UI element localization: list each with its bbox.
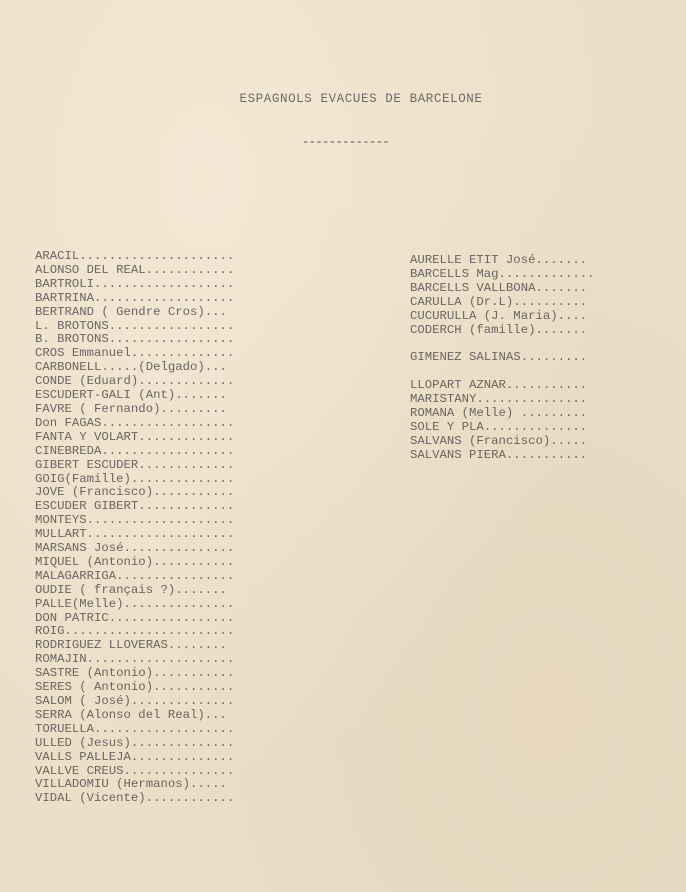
name-entry: ESCUDERT-GALI (Ant)....... xyxy=(35,389,275,403)
name-entry: B. BROTONS................. xyxy=(35,333,275,347)
name-entry: DON PATRIC................. xyxy=(35,612,275,626)
name-entry: BARCELLS Mag............. xyxy=(410,268,625,282)
name-entry: MARSANS José............... xyxy=(35,542,275,556)
name-entry: VALLS PALLEJA.............. xyxy=(35,751,275,765)
names-list-right: AURELLE ETIT José.......BARCELLS Mag....… xyxy=(410,254,625,463)
name-entry: CARBONELL.....(Delgado)... xyxy=(35,361,275,375)
name-entry: ROMANA (Melle) ......... xyxy=(410,407,625,421)
name-entry: CUCURULLA (J. Maria).... xyxy=(410,310,625,324)
name-entry: BARTRINA................... xyxy=(35,292,275,306)
name-entry: SALVANS (Francisco)..... xyxy=(410,435,625,449)
name-entry: FAVRE ( Fernando)......... xyxy=(35,403,275,417)
name-entry: RODRIGUEZ LLOVERAS........ xyxy=(35,639,275,653)
name-entry: OUDIE ( français ?)....... xyxy=(35,584,275,598)
names-list-left: ARACIL.....................ALONSO DEL RE… xyxy=(35,250,275,806)
name-entry: CINEBREDA.................. xyxy=(35,445,275,459)
name-entry: CARULLA (Dr.L).......... xyxy=(410,296,625,310)
name-entry: BARCELLS VALLBONA....... xyxy=(410,282,625,296)
name-entry: MIQUEL (Antonio)........... xyxy=(35,556,275,570)
typed-document-page: ESPAGNOLS EVACUES DE BARCELONE ---------… xyxy=(0,0,686,892)
name-entry: CODERCH (famille)....... xyxy=(410,324,625,338)
name-entry: L. BROTONS................. xyxy=(35,320,275,334)
name-entry: ARACIL..................... xyxy=(35,250,275,264)
name-entry: SALOM ( José).............. xyxy=(35,695,275,709)
name-entry: MARISTANY............... xyxy=(410,393,625,407)
name-entry: ALONSO DEL REAL............ xyxy=(35,264,275,278)
name-entry: MULLART.................... xyxy=(35,528,275,542)
name-entry: CROS Emmanuel.............. xyxy=(35,347,275,361)
name-entry: SASTRE (Antonio)........... xyxy=(35,667,275,681)
name-entry: ULLED (Jesus).............. xyxy=(35,737,275,751)
name-entry: GIMENEZ SALINAS......... xyxy=(410,351,625,365)
name-entry: GOIG(Famille).............. xyxy=(35,473,275,487)
name-entry: MALAGARRIGA................ xyxy=(35,570,275,584)
name-entry: FANTA Y VOLART............. xyxy=(35,431,275,445)
name-entry: AURELLE ETIT José....... xyxy=(410,254,625,268)
name-entry: LLOPART AZNAR........... xyxy=(410,379,625,393)
name-entry: PALLE(Melle)............... xyxy=(35,598,275,612)
name-entry: SALVANS PIERA........... xyxy=(410,449,625,463)
name-entry: JOVE (Francisco)........... xyxy=(35,486,275,500)
name-entry: GIBERT ESCUDER............. xyxy=(35,459,275,473)
name-entry: TORUELLA................... xyxy=(35,723,275,737)
name-entry: SERRA (Alonso del Real)... xyxy=(35,709,275,723)
name-entry: VILLADOMIU (Hermanos)..... xyxy=(35,778,275,792)
name-entry: MONTEYS.................... xyxy=(35,514,275,528)
name-entry: ROIG....................... xyxy=(35,625,275,639)
name-entry: ROMAJIN.................... xyxy=(35,653,275,667)
name-entry: SERES ( Antonio)........... xyxy=(35,681,275,695)
name-entry: VALLVE CREUS............... xyxy=(35,765,275,779)
name-entry: CONDE (Eduard)............. xyxy=(35,375,275,389)
name-entry: SOLE Y PLA.............. xyxy=(410,421,625,435)
title-separator: ------------- xyxy=(302,135,389,149)
name-entry: VIDAL (Vicente)............ xyxy=(35,792,275,806)
name-entry: BARTROLI................... xyxy=(35,278,275,292)
document-title: ESPAGNOLS EVACUES DE BARCELONE xyxy=(0,92,686,106)
name-entry: ESCUDER GIBERT............. xyxy=(35,500,275,514)
name-entry: Don FAGAS.................. xyxy=(35,417,275,431)
name-entry: BERTRAND ( Gendre Cros)... xyxy=(35,306,275,320)
